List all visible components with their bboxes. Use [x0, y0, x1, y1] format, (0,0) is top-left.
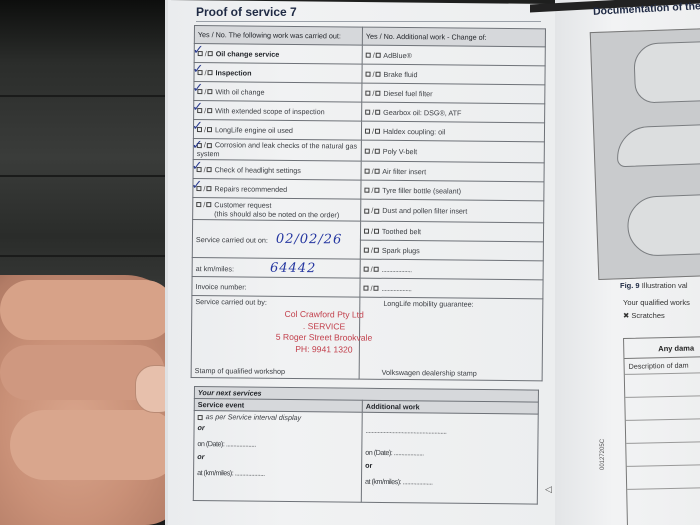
car-rear-view	[633, 41, 700, 104]
additional-date-field[interactable]: on (Date): ....................	[365, 444, 534, 463]
additional-item-label: Gearbox oil: DSG®, ATF	[383, 107, 461, 117]
no-checkbox[interactable]	[376, 72, 381, 77]
invoice-label: Invoice number:	[195, 282, 246, 291]
page-title: Proof of service 7	[196, 5, 297, 19]
work-item: / Repairs recommended✓	[193, 178, 361, 199]
checkmark-icon: ✓	[192, 159, 203, 174]
additional-row: / Gearbox oil: DSG®, ATF	[362, 102, 545, 123]
no-checkbox[interactable]	[375, 129, 380, 134]
km-cell: at km/miles: 64442	[192, 257, 360, 278]
work-item-label: Oil change service	[216, 49, 280, 59]
service-date-label: Service carried out on:	[196, 235, 268, 245]
header-work-carried-out: Yes / No. The following work was carried…	[194, 26, 362, 46]
yes-checkbox[interactable]	[364, 267, 369, 272]
yes-checkbox[interactable]	[365, 129, 370, 134]
yes-checkbox[interactable]	[364, 229, 369, 234]
work-item: / Corrosion and leak checks of the natur…	[193, 138, 361, 161]
damage-row[interactable]	[625, 396, 700, 421]
additional-item-label: Poly V-belt	[383, 146, 417, 155]
yes-checkbox[interactable]	[364, 208, 369, 213]
no-checkbox[interactable]	[207, 143, 212, 148]
car-side-view	[616, 123, 700, 167]
no-checkbox[interactable]	[374, 229, 379, 234]
service-checklist-table: Yes / No. The following work was carried…	[191, 25, 546, 381]
additional-row: / AdBlue®	[362, 45, 545, 66]
damage-header: Any dama	[624, 337, 700, 359]
carried-out-by-label: Service carried out by:	[195, 297, 356, 308]
no-checkbox[interactable]	[374, 267, 379, 272]
km-value[interactable]: 64442	[270, 260, 317, 275]
continue-arrow-icon: ◁	[545, 484, 552, 495]
cross-icon: ✖	[623, 311, 629, 320]
invoice-cell: Invoice number:	[192, 276, 360, 297]
stamp-workshop-label: Stamp of qualified workshop	[195, 366, 285, 376]
additional-item-label: Air filter insert	[382, 166, 426, 175]
work-item-label: Customer request	[214, 200, 271, 210]
additional-row: / Dust and pollen filter insert	[361, 199, 544, 223]
workshop-stamp-cell: Service carried out by: Col Crawford Pty…	[191, 295, 360, 379]
additional-work-cell: ........................................…	[361, 412, 538, 504]
damage-description-label: Description of dam	[624, 357, 700, 375]
next-km-field[interactable]: at (km/miles): ....................	[197, 464, 358, 483]
no-checkbox[interactable]	[374, 208, 379, 213]
work-item: / Check of headlight settings✓	[193, 159, 361, 180]
yes-checkbox[interactable]	[365, 149, 370, 154]
car-top-view	[626, 193, 700, 256]
work-item-label: With oil change	[215, 87, 264, 96]
yes-checkbox[interactable]	[365, 91, 370, 96]
yes-checkbox[interactable]	[365, 169, 370, 174]
vehicle-illustration	[590, 28, 700, 280]
yes-checkbox[interactable]	[365, 110, 370, 115]
interval-display-checkbox[interactable]	[198, 415, 203, 420]
damage-row[interactable]	[625, 373, 700, 398]
no-checkbox[interactable]	[207, 89, 212, 94]
work-item-label: Repairs recommended	[214, 184, 287, 194]
no-checkbox[interactable]	[374, 188, 379, 193]
no-checkbox[interactable]	[375, 110, 380, 115]
yes-checkbox[interactable]	[364, 188, 369, 193]
no-checkbox[interactable]	[373, 286, 378, 291]
additional-item-label: Dust and pollen filter insert	[382, 206, 467, 216]
additional-work-field[interactable]: ........................................…	[365, 414, 534, 446]
work-item: / LongLife engine oil used✓	[193, 120, 361, 141]
longlife-label: LongLife mobility guarantee:	[363, 299, 539, 310]
checklist-row: / Customer request(this should also be n…	[193, 197, 544, 222]
work-item-label: Corrosion and leak checks of the natural…	[197, 140, 357, 158]
no-checkbox[interactable]	[375, 91, 380, 96]
figure-caption: Fig. 9 Illustration val	[620, 281, 688, 290]
yes-checkbox[interactable]	[363, 286, 368, 291]
damage-row[interactable]	[626, 419, 700, 444]
checkmark-icon: ✓	[192, 100, 203, 115]
work-item-label: Inspection	[216, 68, 252, 77]
no-checkbox[interactable]	[208, 70, 213, 75]
service-event-cell: as per Service interval display or on (D…	[193, 411, 362, 503]
work-item-label: LongLife engine oil used	[215, 125, 293, 135]
scratches-legend: ✖ Scratches	[623, 311, 665, 320]
damage-row[interactable]	[627, 465, 700, 490]
work-item: / Customer request(this should also be n…	[193, 197, 361, 221]
work-item-note: (this should also be noted on the order)	[214, 209, 339, 219]
additional-row: / Brake fluid	[362, 64, 545, 85]
no-checkbox[interactable]	[206, 202, 211, 207]
no-checkbox[interactable]	[206, 186, 211, 191]
no-checkbox[interactable]	[208, 51, 213, 56]
no-checkbox[interactable]	[375, 149, 380, 154]
work-item: / Oil change service✓	[194, 44, 362, 65]
damage-table: Any dama Description of dam	[623, 336, 700, 525]
next-date-field[interactable]: on (Date): ....................	[197, 435, 358, 454]
km-label: at km/miles:	[196, 264, 234, 273]
work-item: / With oil change✓	[194, 82, 362, 103]
no-checkbox[interactable]	[207, 167, 212, 172]
page-code: 00127205C	[600, 439, 606, 470]
work-item: / Inspection✓	[194, 63, 362, 84]
additional-row: / Haldex coupling: oil	[361, 121, 544, 142]
yes-checkbox[interactable]	[364, 248, 369, 253]
title-divider	[196, 21, 541, 22]
checkmark-icon: ✓	[191, 178, 202, 193]
checkmark-icon: ✓	[193, 43, 204, 58]
damage-row[interactable]	[626, 442, 700, 467]
stamp-dealer-label: Volkswagen dealership stamp	[382, 368, 477, 378]
additional-row: / Poly V-belt	[361, 140, 544, 163]
checkmark-icon: ✓	[192, 138, 203, 153]
no-checkbox[interactable]	[207, 108, 212, 113]
additional-item-label: AdBlue®	[383, 50, 412, 59]
next-services-table: Your next services Service event Additio…	[193, 386, 539, 505]
checkmark-icon: ✓	[192, 119, 203, 134]
checkmark-icon: ✓	[192, 81, 203, 96]
yes-checkbox[interactable]	[366, 72, 371, 77]
header-additional-work: Yes / No. Additional work - Change of:	[362, 27, 545, 47]
additional-item-label: Brake fluid	[383, 69, 417, 78]
no-checkbox[interactable]	[376, 53, 381, 58]
additional-km-field[interactable]: at (km/miles): ....................	[365, 473, 534, 492]
work-item-label: With extended scope of inspection	[215, 106, 325, 116]
qualified-workshop-text: Your qualified works	[623, 298, 690, 307]
no-checkbox[interactable]	[375, 169, 380, 174]
work-item: / With extended scope of inspection✓	[194, 101, 362, 122]
checkmark-icon: ✓	[193, 62, 204, 77]
additional-item-label: Haldex coupling: oil	[383, 126, 445, 136]
service-date-cell: Service carried out on: 02/02/26	[192, 219, 360, 259]
work-item-label: Check of headlight settings	[215, 165, 301, 175]
additional-row: / Tyre filler bottle (sealant)	[361, 180, 544, 201]
no-checkbox[interactable]	[207, 127, 212, 132]
additional-row: / Toothed belt	[360, 221, 543, 242]
yes-checkbox[interactable]	[366, 53, 371, 58]
yes-checkbox[interactable]	[196, 202, 201, 207]
additional-row: / Diesel fuel filter	[362, 83, 545, 104]
additional-row: / ....................	[360, 278, 543, 299]
additional-row: / Air filter insert	[361, 161, 544, 182]
dealer-stamp-cell: LongLife mobility guarantee: Volkswagen …	[359, 297, 543, 381]
service-date-value[interactable]: 02/02/26	[276, 232, 343, 248]
no-checkbox[interactable]	[374, 248, 379, 253]
additional-row: / Spark plugs	[360, 240, 543, 261]
additional-item-label: Diesel fuel filter	[383, 88, 432, 97]
additional-row: / ....................	[360, 259, 543, 280]
additional-item-label: Tyre filler bottle (sealant)	[382, 185, 461, 195]
